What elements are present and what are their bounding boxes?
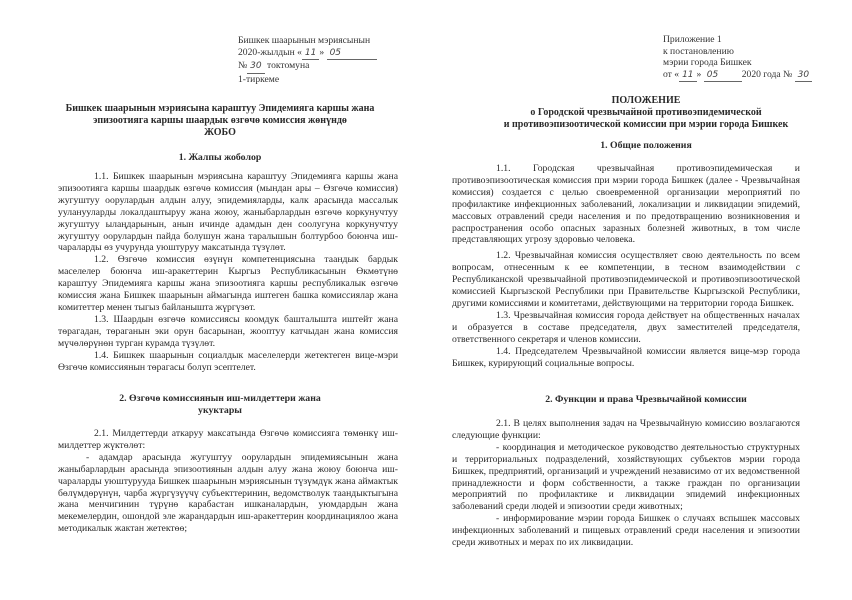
section-body-duties: 2.1. Милдеттерди аткаруу максатында Өзгө…: [58, 428, 398, 535]
paragraph: 1.1. Городская чрезвычайная противоэпиде…: [452, 163, 800, 246]
section-heading-duties: 2. Өзгөчө комиссиянын иш-милдеттери жана…: [30, 393, 410, 417]
paragraph: 1.4. Председателем Чрезвычайной комиссии…: [452, 346, 800, 370]
appendix-stamp-russian: Приложение 1 к постановлению мэрии город…: [663, 34, 812, 82]
stamp-number-line: №30 токтомуна: [238, 60, 377, 74]
paragraph: 1.2. Чрезвычайная комиссия осуществляет …: [452, 250, 800, 310]
handwritten-month: 05: [327, 48, 377, 61]
paragraph: 1.4. Бишкек шаарынын социалдык маселелер…: [58, 350, 398, 374]
stamp-date-line: от «11» 052020 года № 30: [663, 69, 812, 83]
section-body-general: 1.1. Городская чрезвычайная противоэпиде…: [452, 163, 800, 369]
handwritten-day: 11: [302, 48, 319, 61]
section-heading-general: 1. Общие положения: [446, 140, 846, 152]
section-body-general: 1.1. Бишкек шаарынын мэриясына караштуу …: [58, 171, 398, 373]
paragraph: - координация и методическое руководство…: [452, 442, 800, 513]
handwritten-month: 05: [704, 70, 742, 83]
handwritten-number: 30: [247, 61, 264, 74]
stamp-line: 1-тиркеме: [238, 74, 377, 86]
handwritten-day: 11: [679, 70, 696, 83]
stamp-line: Бишкек шаарынын мэриясынын: [238, 35, 377, 47]
document-title-russian: ПОЛОЖЕНИЕ о Городской чрезвычайной проти…: [446, 95, 846, 130]
paragraph: 1.3. Шаардын өзгөчө комиссиясы коомдук б…: [58, 314, 398, 350]
paragraph: 1.2. Өзгөчө комиссия өзүнүн компетенцияс…: [58, 254, 398, 314]
appendix-stamp-kyrgyz: Бишкек шаарынын мэриясынын 2020-жылдын «…: [238, 35, 377, 85]
paragraph: 2.1. В целях выполнения задач на Чрезвыч…: [452, 418, 800, 442]
document-title-kyrgyz: Бишкек шаарынын мэриясына караштуу Эпиде…: [30, 103, 410, 138]
paragraph: 1.1. Бишкек шаарынын мэриясына караштуу …: [58, 171, 398, 254]
paragraph: 1.3. Чрезвычайная комиссия города действ…: [452, 310, 800, 346]
section-body-functions: 2.1. В целях выполнения задач на Чрезвыч…: [452, 418, 800, 549]
paragraph: 2.1. Милдеттерди аткаруу максатында Өзгө…: [58, 428, 398, 452]
page-russian: Приложение 1 к постановлению мэрии город…: [426, 0, 852, 600]
paragraph: - информирование мэрии города Бишкек о с…: [452, 513, 800, 549]
page-kyrgyz: Бишкек шаарынын мэриясынын 2020-жылдын «…: [0, 0, 426, 600]
section-heading-functions: 2. Функции и права Чрезвычайной комиссии: [446, 394, 846, 406]
handwritten-number: 30: [795, 70, 812, 83]
section-heading-general: 1. Жалпы жоболор: [30, 152, 410, 164]
paragraph: - адамдар арасында жугуштуу оорулардын э…: [58, 452, 398, 535]
stamp-date-line: 2020-жылдын «11» 05: [238, 47, 377, 61]
